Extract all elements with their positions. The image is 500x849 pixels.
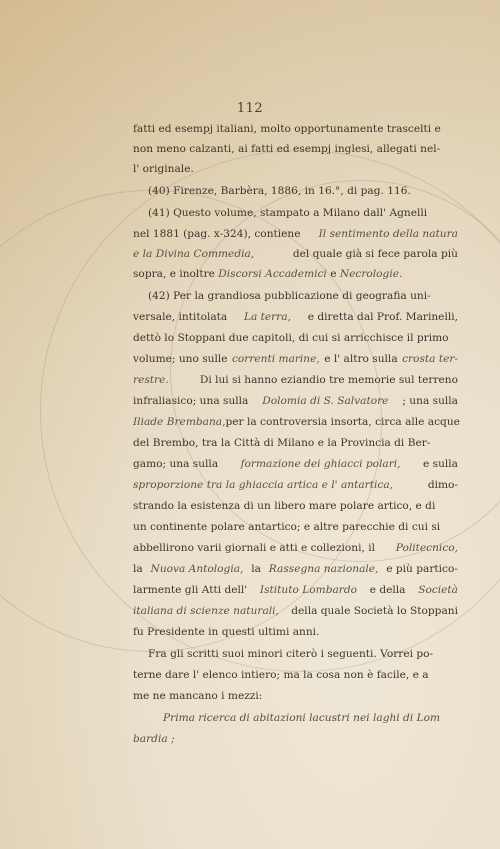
text-run: Fra gli scritti suoi minori citerò i seg… [148,644,433,664]
italic-title: e la Divina Commedia, [133,244,254,264]
text-line: fu Presidente in questi ultimi anni. [133,622,458,642]
italic-title: Società [418,580,458,600]
italic-title: La terra, [244,307,291,327]
text-line: italiana di scienze naturali, della qual… [133,601,458,621]
italic-title: Dolomia di S. Salvatore [262,391,388,411]
text-run: Di lui si hanno eziandio tre memorie sul… [200,370,458,390]
text-run: la [251,559,261,579]
text-line: e la Divina Commedia, del quale già si f… [133,244,458,264]
text-line: Iliade Brembana, per la controversia ins… [133,412,458,432]
text-run: del Brembo, tra la Città di Milano e la … [133,433,430,453]
text-run: e diretta dal Prof. Marinelli, [308,307,458,327]
italic-title: Istituto Lombardo [260,580,357,600]
italic-title: Politecnico, [396,538,458,558]
text-run: strando la esistenza di un libero mare p… [133,496,435,516]
text-line: restre. Di lui si hanno eziandio tre mem… [133,370,458,390]
text-line: terne dare l' elenco intiero; ma la cosa… [133,665,458,685]
italic-title: Rassegna nazionale, [269,559,379,579]
text-run: (40) Firenze, Barbèra, 1886, in 16.°, di… [148,181,411,201]
italic-title: Nuova Antologia, [151,559,244,579]
list-entry: Prima ricerca di abitazioni lacustri nei… [163,708,458,728]
text-run: (41) Questo volume, stampato a Milano da… [148,203,427,223]
text-line: dettò lo Stoppani due capitoli, di cui s… [133,328,458,348]
text-run: gamo; una sulla [133,454,218,474]
text-line: sproporzione tra la ghiaccia artica e l'… [133,475,458,495]
text-run: non meno calzanti, ai fatti ed esempj in… [133,139,440,159]
text-run: e l' altro sulla [324,349,397,369]
italic-title: correnti marine, [232,349,320,369]
text-run: fu Presidente in questi ultimi anni. [133,622,319,642]
text-line: me ne mancano i mezzi: [133,686,458,706]
list-entry-continuation: bardia ; [133,729,458,749]
text-run: e più partico- [386,559,458,579]
text-line: nel 1881 (pag. x-324), contiene Il senti… [133,224,458,244]
text-run: sopra, e inoltre [133,264,215,284]
text-run: un continente polare antartico; e altre … [133,517,440,537]
italic-title: restre. [133,370,169,390]
text-line: gamo; una sulla formazione dei ghiacci p… [133,454,458,474]
text-run: del quale già si fece parola più [293,244,458,264]
text-line: un continente polare antartico; e altre … [133,517,458,537]
footnote-42: (42) Per la grandiosa pubblicazione di g… [148,286,458,306]
text-run: la [133,559,143,579]
italic-title: Discorsi Accademici [218,264,327,284]
text-run: e [330,264,336,284]
text-run: dettò lo Stoppani due capitoli, di cui s… [133,328,449,348]
text-run: (42) Per la grandiosa pubblicazione di g… [148,286,431,306]
text-run: dimo- [428,475,458,495]
text-run: fatti ed esempj italiani, molto opportun… [133,119,441,139]
italic-title: sproporzione tra la ghiaccia artica e l'… [133,475,393,495]
text-run: nel 1881 (pag. x-324), contiene [133,224,301,244]
page-number: 112 [0,101,500,116]
italic-title: bardia ; [133,729,175,749]
text-run: abbellirono varii giornali e atti e coll… [133,538,375,558]
italic-title: crosta ter- [402,349,458,369]
italic-title: formazione dei ghiacci polari, [241,454,401,474]
italic-title: Il sentimento della natura [319,224,458,244]
text-line: versale, intitolata La terra, e diretta … [133,307,458,327]
italic-title: italiana di scienze naturali, [133,601,279,621]
footnote-41: (41) Questo volume, stampato a Milano da… [148,203,458,223]
text-run: ; una sulla [402,391,458,411]
text-line: sopra, e inoltre Discorsi Accademici e N… [133,264,458,284]
text-run: versale, intitolata [133,307,227,327]
text-run: larmente gli Atti dell' [133,580,247,600]
text-line: la Nuova Antologia, la Rassegna nazional… [133,559,458,579]
text-line: fatti ed esempj italiani, molto opportun… [133,119,458,139]
italic-title: Prima ricerca di abitazioni lacustri nei… [163,708,440,728]
text-line: non meno calzanti, ai fatti ed esempj in… [133,139,458,159]
text-line: l' originale. [133,159,458,179]
italic-title: Iliade Brembana, [133,412,225,432]
text-run: me ne mancano i mezzi: [133,686,262,706]
text-line: volume; uno sulle correnti marine, e l' … [133,349,458,369]
text-line: strando la esistenza di un libero mare p… [133,496,458,516]
text-run: della quale Società lo Stoppani [291,601,458,621]
text-run: l' originale. [133,159,194,179]
italic-title: Necrologie. [340,264,403,284]
footnote-40: (40) Firenze, Barbèra, 1886, in 16.°, di… [148,181,458,201]
text-line: larmente gli Atti dell' Istituto Lombard… [133,580,458,600]
paragraph-start: Fra gli scritti suoi minori citerò i seg… [148,644,458,664]
text-run: per la controversia insorta, circa alle … [225,412,459,432]
text-line: abbellirono varii giornali e atti e coll… [133,538,458,558]
text-run: e della [370,580,406,600]
text-run: terne dare l' elenco intiero; ma la cosa… [133,665,429,685]
text-line: del Brembo, tra la Città di Milano e la … [133,433,458,453]
text-run: e sulla [423,454,458,474]
text-run: infraliasico; una sulla [133,391,248,411]
text-line: infraliasico; una sulla Dolomia di S. Sa… [133,391,458,411]
text-run: volume; uno sulle [133,349,228,369]
